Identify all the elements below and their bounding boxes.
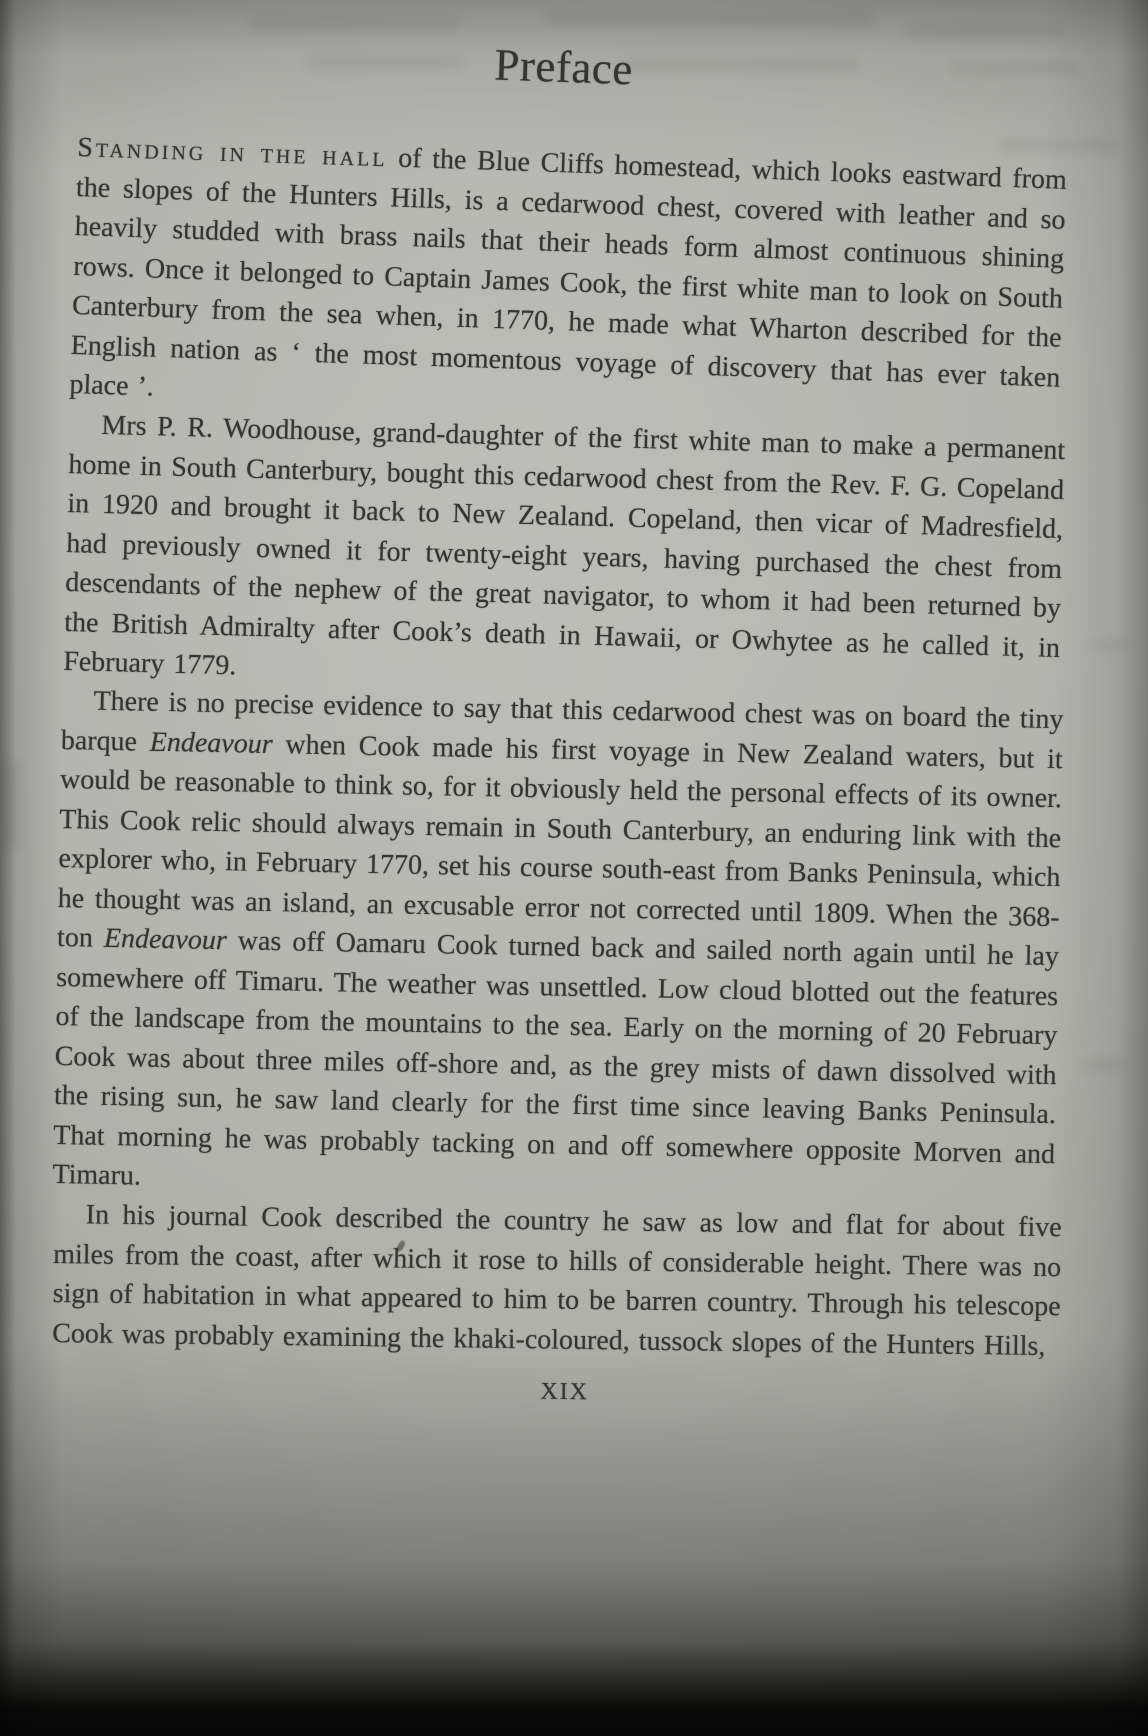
paragraph-1-text: of the Blue Cliffs homestead, which look… <box>69 142 1067 402</box>
ship-name-italic: Endeavour <box>150 726 273 759</box>
book-page-photo: Preface Standing in the hall of the Blue… <box>0 0 1148 1736</box>
paragraph-2: Mrs P. R. Woodhouse, grand-daughter of t… <box>63 405 1066 707</box>
text-segment: was off Oamaru Cook turned back and sail… <box>52 925 1059 1191</box>
page-number: XIX <box>80 1367 1050 1418</box>
text-segment: when Cook made his first voyage in New Z… <box>57 729 1063 954</box>
page-content: Preface Standing in the hall of the Blue… <box>0 0 1148 1406</box>
paragraph-4: In his journal Cook described the countr… <box>52 1195 1062 1366</box>
smallcaps-lead: Standing in the hall <box>77 132 388 173</box>
page-heading: Preface <box>78 22 1049 112</box>
ship-name-italic: Endeavour <box>104 923 227 956</box>
text-segment: of the Blue Cliffs homestead, which look… <box>69 142 1067 402</box>
text-segment: In his journal Cook described the countr… <box>52 1199 1062 1361</box>
text-segment: Mrs P. R. Woodhouse, grand-daughter of t… <box>63 409 1066 681</box>
paragraph-3: There is no precise evidence to say that… <box>52 681 1064 1214</box>
paragraph-1: Standing in the hall of the Blue Cliffs … <box>69 128 1068 437</box>
